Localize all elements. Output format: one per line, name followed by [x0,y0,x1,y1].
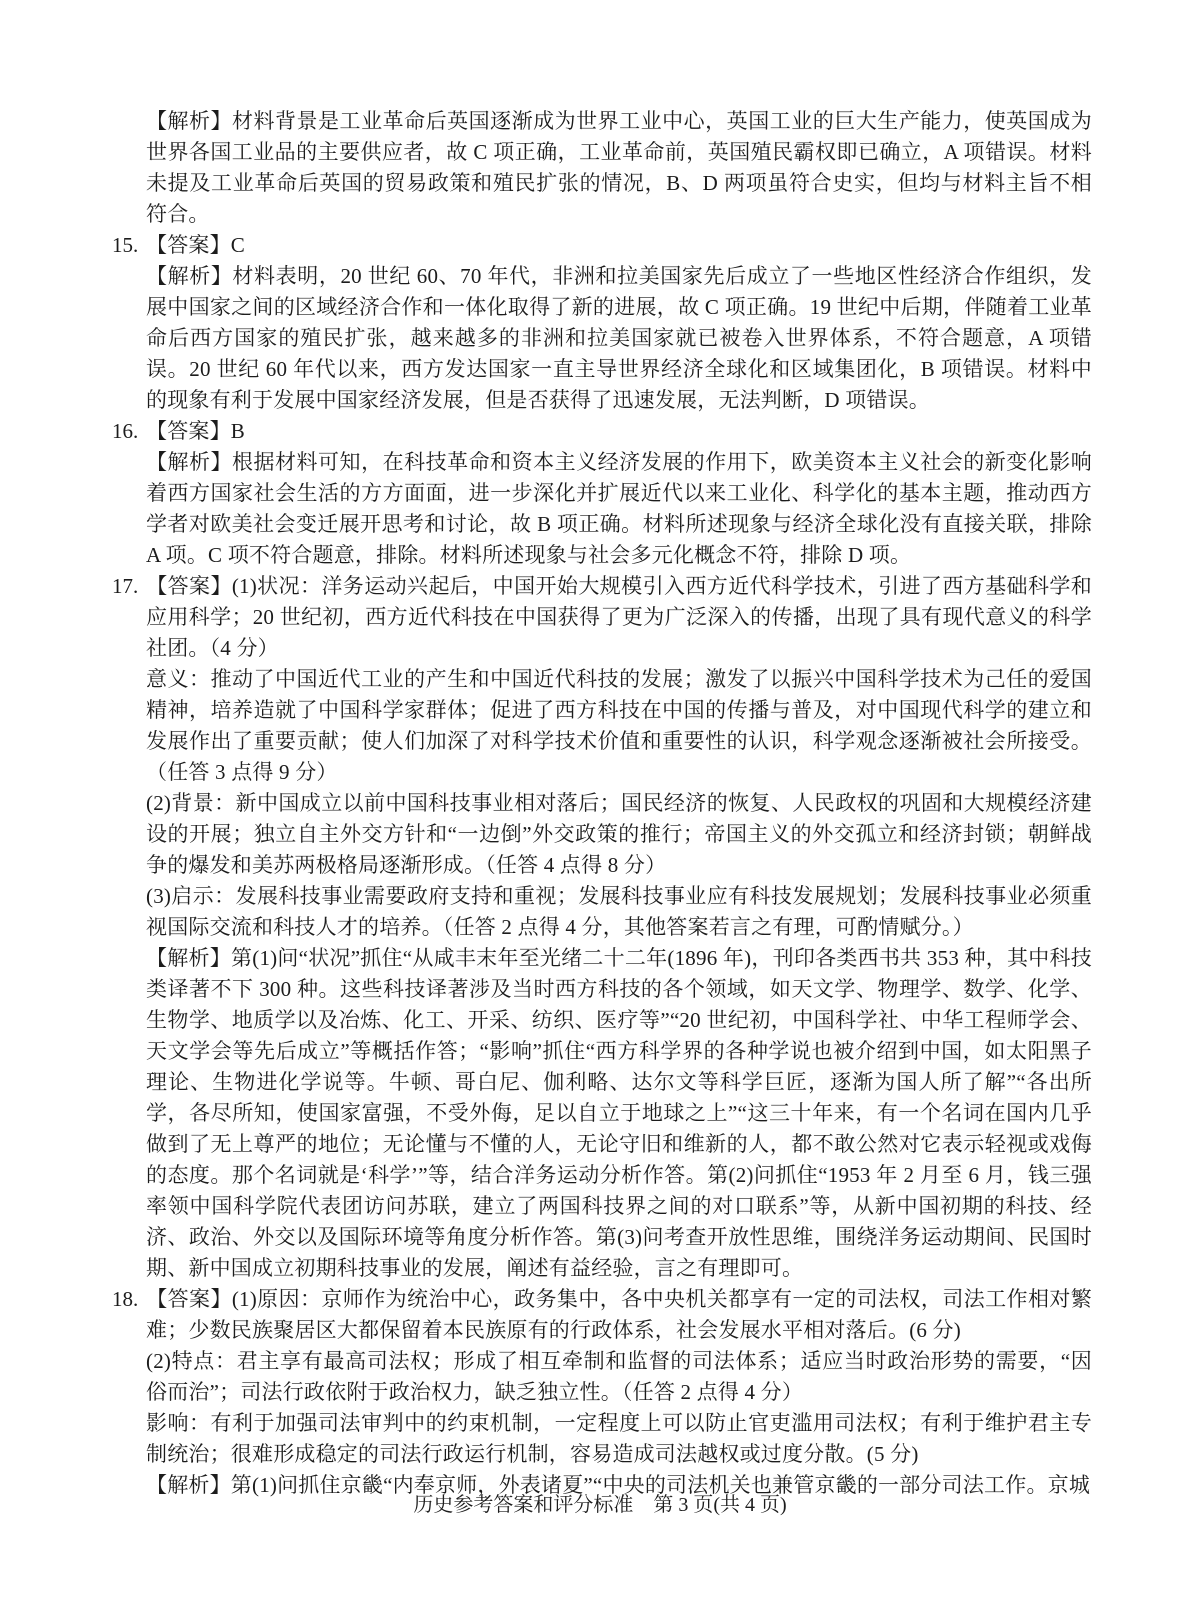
answer-block-15: 15.【答案】C 【解析】材料表明，20 世纪 60、70 年代，非洲和拉美国家… [146,230,1092,416]
answer-block-16: 16.【答案】B 【解析】根据材料可知，在科技革命和资本主义经济发展的作用下，欧… [146,416,1092,571]
answer-paragraph: (2)背景：新中国成立以前中国科技事业相对落后；国民经济的恢复、人民政权的巩固和… [146,788,1092,881]
answer-paragraph: (3)启示：发展科技事业需要政府支持和重视；发展科技事业应有科技发展规划；发展科… [146,881,1092,943]
answer-block-continuation: 【解析】材料背景是工业革命后英国逐渐成为世界工业中心，英国工业的巨大生产能力，使… [146,106,1092,230]
scanned-answer-page: 【解析】材料背景是工业革命后英国逐渐成为世界工业中心，英国工业的巨大生产能力，使… [0,0,1200,1600]
analysis-paragraph: 【解析】第(1)问“状况”抓住“从咸丰末年至光绪二十二年(1896 年)，刊印各… [146,943,1092,1284]
analysis-paragraph: 【解析】根据材料可知，在科技革命和资本主义经济发展的作用下，欧美资本主义社会的新… [146,447,1092,571]
analysis-paragraph: 【解析】材料背景是工业革命后英国逐渐成为世界工业中心，英国工业的巨大生产能力，使… [146,106,1092,230]
answer-text: 【答案】C [146,233,245,257]
answer-text: 【答案】(1)状况：洋务运动兴起后，中国开始大规模引入西方近代科学技术，引进了西… [146,574,1092,660]
answer-text: 【答案】(1)原因：京师作为统治中心，政务集中，各中央机关都享有一定的司法权，司… [146,1287,1092,1342]
answer-text: 【答案】B [146,419,245,443]
answer-block-18: 18.【答案】(1)原因：京师作为统治中心，政务集中，各中央机关都享有一定的司法… [146,1284,1092,1501]
answer-block-17: 17.【答案】(1)状况：洋务运动兴起后，中国开始大规模引入西方近代科学技术，引… [146,571,1092,1284]
analysis-paragraph: 【解析】材料表明，20 世纪 60、70 年代，非洲和拉美国家先后成立了一些地区… [146,261,1092,416]
answer-line: 16.【答案】B [146,416,1092,447]
answer-paragraph: 影响：有利于加强司法审判中的约束机制，一定程度上可以防止官吏滥用司法权；有利于维… [146,1408,1092,1470]
answer-paragraph: (2)特点：君主享有最高司法权；形成了相互牵制和监督的司法体系；适应当时政治形势… [146,1346,1092,1408]
answer-line: 17.【答案】(1)状况：洋务运动兴起后，中国开始大规模引入西方近代科学技术，引… [146,571,1092,664]
answer-line: 15.【答案】C [146,230,1092,261]
question-number: 18. [112,1284,146,1315]
page-footer: 历史参考答案和评分标准 第 3 页(共 4 页) [0,1492,1200,1518]
answer-line: 18.【答案】(1)原因：京师作为统治中心，政务集中，各中央机关都享有一定的司法… [146,1284,1092,1346]
question-number: 16. [112,416,146,447]
question-number: 15. [112,230,146,261]
question-number: 17. [112,571,146,602]
answer-paragraph: 意义：推动了中国近代工业的产生和中国近代科技的发展；激发了以振兴中国科学技术为己… [146,664,1092,788]
answers-content: 【解析】材料背景是工业革命后英国逐渐成为世界工业中心，英国工业的巨大生产能力，使… [146,106,1092,1501]
